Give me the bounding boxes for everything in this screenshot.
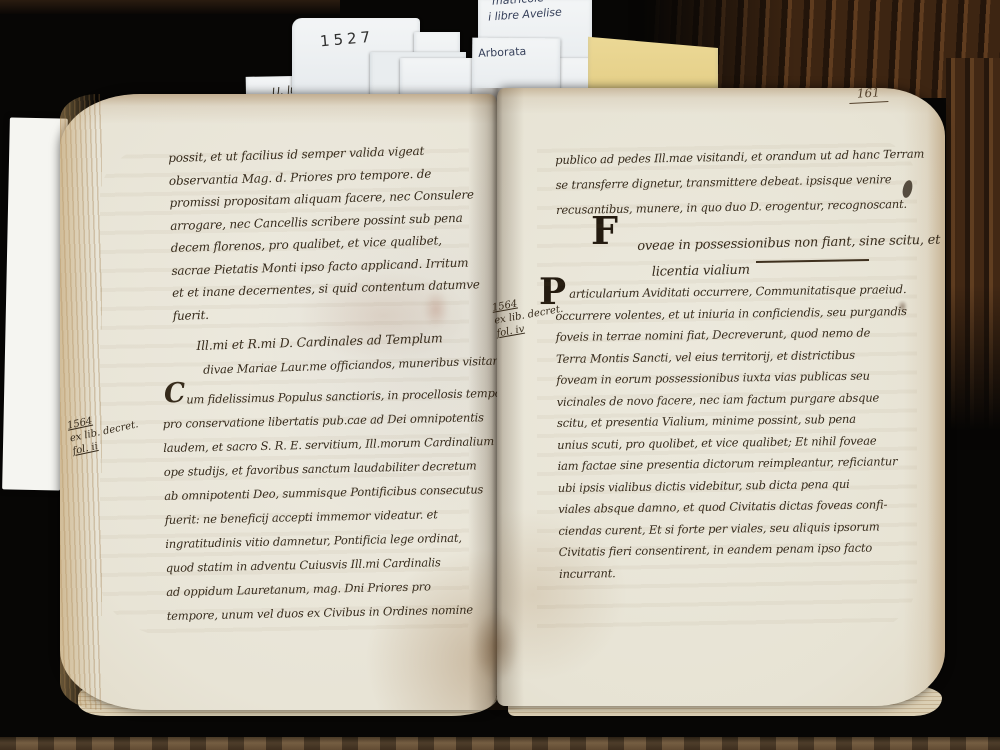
ink-smudge — [418, 282, 454, 336]
text-line: se transferre dignetur, transmittere deb… — [555, 167, 924, 198]
text-line: licentia vialium — [652, 254, 942, 286]
table-front-edge — [0, 737, 1000, 750]
wood-table-edge — [946, 58, 1000, 450]
text-line: vicinales de novo facere, nec iam factum… — [557, 387, 909, 413]
text-line: occurrere volentes, et ut iniuria in con… — [555, 301, 907, 327]
text-line: possit, et ut facilius id semper valida … — [168, 138, 476, 169]
text-line: arrogare, nec Cancellis scribere possint… — [170, 206, 478, 237]
text-line: scitu, et presentia Vialium, minime poss… — [557, 408, 909, 434]
text-line: Ill.mi et R.mi D. Cardinales ad Templum — [196, 324, 510, 358]
initial-letter-p: P — [539, 274, 566, 310]
text-line: Civitatis fieri consentirent, in eandem … — [559, 537, 911, 563]
right-page: 161 1564ex lib. decret.fol. iv publico a… — [497, 88, 945, 706]
text-line: oveae in possessionibus non fiant, sine … — [637, 228, 941, 260]
text-line: unius scuti, pro quolibet, et vice quali… — [557, 430, 909, 456]
folio-number: 161 — [849, 85, 889, 104]
text-line: iam factae sine presentia dictorum reimp… — [557, 451, 909, 477]
text-line: promissi propositam aliquam facere, nec … — [169, 183, 477, 214]
bookmark-label-arborata: Arborata — [478, 45, 527, 60]
text-line: viales absque damno, et quod Civitatis d… — [558, 494, 910, 520]
text-line: incurrant. — [559, 559, 911, 585]
text-line: et et inane decernentes, si quid content… — [172, 273, 480, 304]
page-edge-stack — [60, 94, 102, 710]
left-page: 1564ex lib. decret.fol. ii possit, et ut… — [60, 94, 497, 710]
ink-blot — [901, 179, 914, 199]
text-line: foveam in eorum possessionibus iuxta via… — [556, 365, 908, 391]
ink-blot-2 — [896, 298, 909, 315]
bookmark-label-matricole-2: i libre Avelise — [488, 5, 563, 23]
text-line: publico ad pedes Ill.mae visitandi, et o… — [555, 142, 924, 173]
right-heading: oveae in possessionibus non fiant, sine … — [637, 228, 941, 286]
text-line: foveis in terrae nomini fiat, Decreverun… — [556, 322, 908, 348]
left-heading: Ill.mi et R.mi D. Cardinales ad Templumd… — [196, 324, 511, 382]
text-line: fuerit. — [172, 296, 480, 327]
manuscript-photo: U. lui 1527 matricole i libre Avelise Ar… — [0, 0, 1000, 750]
text-line: ubi ipsis vialibus dictis videbitur, sub… — [558, 473, 910, 499]
right-paragraph-1: publico ad pedes Ill.mae visitandi, et o… — [555, 142, 925, 223]
right-paragraph-2: articularium Aviditati occurrere, Commun… — [555, 279, 911, 585]
text-line: divae Mariae Laur.me officiandos, muneri… — [203, 348, 511, 382]
text-line: ciendas curent, Et si forte per viales, … — [558, 516, 910, 542]
loose-paper-sheet — [2, 117, 68, 490]
gutter-stain — [464, 596, 528, 696]
initial-letter-f: F — [591, 212, 618, 250]
text-line: recusantibus, munere, in quo duo D. erog… — [556, 192, 925, 223]
text-line: articularium Aviditati occurrere, Commun… — [555, 279, 907, 305]
text-line: observantia Mag. d. Priores pro tempore.… — [169, 161, 477, 192]
text-line: decem florenos, pro qualibet, et vice qu… — [171, 228, 479, 259]
heading-underline — [756, 259, 869, 263]
text-line: Terra Montis Sancti, vel eius territorij… — [556, 344, 908, 370]
initial-letter-c: C — [163, 379, 186, 407]
table-background-strip — [0, 0, 340, 14]
text-line: sacrae Pietatis Monti ipso facto applica… — [171, 251, 479, 282]
left-paragraph-1: possit, et ut facilius id semper valida … — [168, 138, 481, 327]
bookmark-label-year: 1527 — [319, 28, 375, 51]
